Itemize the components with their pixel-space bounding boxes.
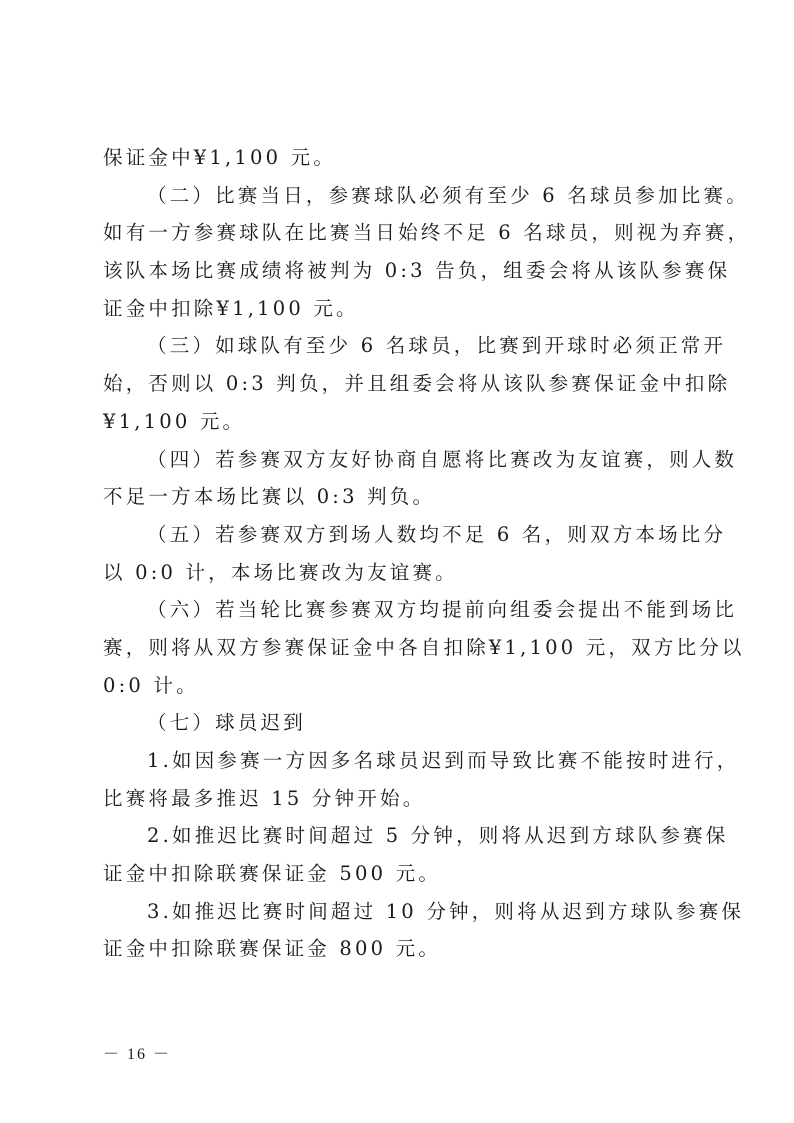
text-line: 3.如推迟比赛时间超过 10 分钟，则将从迟到方球队参赛保 <box>103 893 693 931</box>
text-line: 比赛将最多推迟 15 分钟开始。 <box>103 780 693 818</box>
text-line: 证金中扣除¥1,100 元。 <box>103 290 693 328</box>
text-line: 赛，则将从双方参赛保证金中各自扣除¥1,100 元，双方比分以 <box>103 629 693 667</box>
page-number: － 16 － <box>103 1041 171 1064</box>
text-line: 保证金中¥1,100 元。 <box>103 139 693 177</box>
text-line: 始，否则以 0:3 判负，并且组委会将从该队参赛保证金中扣除 <box>103 365 693 403</box>
text-line: （六）若当轮比赛参赛双方均提前向组委会提出不能到场比 <box>103 591 693 629</box>
text-line: （四）若参赛双方友好协商自愿将比赛改为友谊赛，则人数 <box>103 441 693 479</box>
text-line: 该队本场比赛成绩将被判为 0:3 告负，组委会将从该队参赛保 <box>103 252 693 290</box>
text-line: ¥1,100 元。 <box>103 403 693 441</box>
text-line: 0:0 计。 <box>103 667 693 705</box>
text-line: 证金中扣除联赛保证金 500 元。 <box>103 855 693 893</box>
text-line: （二）比赛当日，参赛球队必须有至少 6 名球员参加比赛。 <box>103 177 693 215</box>
text-line: （五）若参赛双方到场人数均不足 6 名，则双方本场比分 <box>103 516 693 554</box>
text-line: 不足一方本场比赛以 0:3 判负。 <box>103 478 693 516</box>
text-line: 1.如因参赛一方因多名球员迟到而导致比赛不能按时进行， <box>103 742 693 780</box>
text-line: 如有一方参赛球队在比赛当日始终不足 6 名球员，则视为弃赛， <box>103 214 693 252</box>
section-heading: （七）球员迟到 <box>103 704 693 742</box>
text-line: （三）如球队有至少 6 名球员，比赛到开球时必须正常开 <box>103 327 693 365</box>
text-line: 证金中扣除联赛保证金 800 元。 <box>103 930 693 968</box>
text-line: 以 0:0 计，本场比赛改为友谊赛。 <box>103 554 693 592</box>
text-line: 2.如推迟比赛时间超过 5 分钟，则将从迟到方球队参赛保 <box>103 817 693 855</box>
document-body: 保证金中¥1,100 元。 （二）比赛当日，参赛球队必须有至少 6 名球员参加比… <box>103 139 693 968</box>
